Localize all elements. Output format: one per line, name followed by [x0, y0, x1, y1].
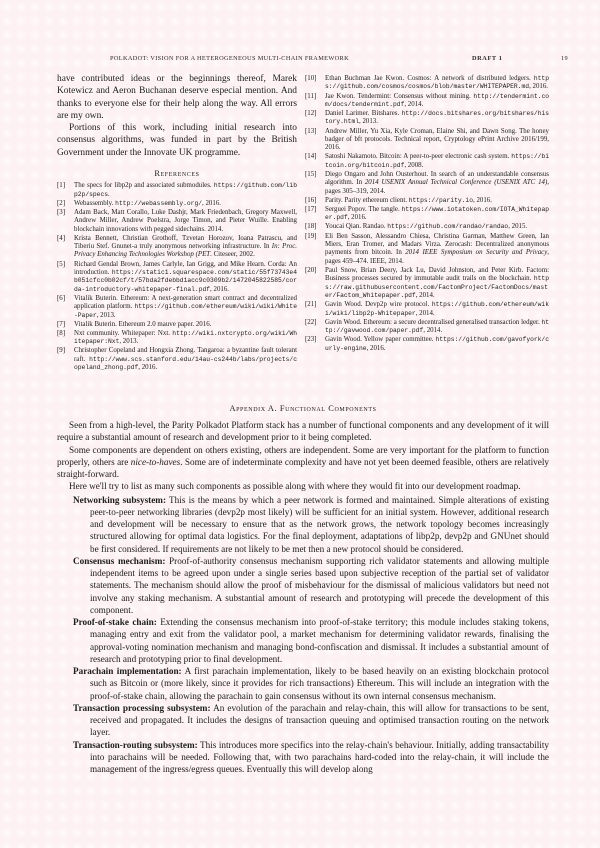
reference-item: [16]Parity. Parity ethereum client. http…: [305, 197, 549, 205]
component-consensus: Consensus mechanism: Proof-of-authority …: [57, 555, 549, 616]
reference-item: [15]Diego Ongaro and John Ousterhout. In…: [305, 171, 549, 196]
reference-link[interactable]: https://parity.io: [409, 197, 473, 204]
acknowledgements-paragraph-2: Portions of this work, including initial…: [57, 122, 297, 159]
acknowledgements-paragraph-1: have contributed ideas or the beginnings…: [57, 73, 297, 122]
reference-item: [18]Youcai Qian. Randao. https://github.…: [305, 223, 549, 231]
component-proof-of-stake: Proof-of-stake chain: Extending the cons…: [57, 616, 549, 665]
appendix-section: Appendix A. Functional Components Seen f…: [57, 404, 549, 775]
reference-item: [10]Ethan Buchman Jae Kwon. Cosmos: A ne…: [305, 75, 549, 92]
emphasis-text: nice-to-haves: [131, 457, 181, 467]
reference-item: [6]Vitalik Buterin. Ethereum: A next-gen…: [57, 295, 297, 320]
reference-list-left: [1]The specs for libp2p and associated s…: [57, 182, 297, 373]
draft-label: DRAFT 1: [472, 55, 503, 62]
reference-item: [22]Gavin Wood. Ethereum: a secure decen…: [305, 319, 549, 336]
appendix-intro-1: Seen from a high-level, the Parity Polka…: [57, 419, 549, 444]
component-networking: Networking subsystem: This is the means …: [57, 494, 549, 555]
reference-item: [13]Andrew Miller, Yu Xia, Kyle Croman, …: [305, 128, 549, 153]
reference-item: [4]Krista Bennett, Christian Grothoff, T…: [57, 235, 297, 260]
left-column: have contributed ideas or the beginnings…: [57, 73, 297, 373]
reference-item: [9]Christopher Copeland and Hongxia Zhon…: [57, 347, 297, 372]
reference-item: [19]Eli Ben Sasson, Alessandro Chiesa, C…: [305, 233, 549, 267]
component-transaction-processing: Transaction processing subsystem: An evo…: [57, 702, 549, 739]
reference-item: [23]Gavin Wood. Yellow paper committee. …: [305, 336, 549, 353]
appendix-heading: Appendix A. Functional Components: [57, 404, 549, 413]
reference-list-right: [10]Ethan Buchman Jae Kwon. Cosmos: A ne…: [305, 75, 549, 354]
reference-item: [2]Webassembly. http://webassembly.org/,…: [57, 200, 297, 208]
component-parachain: Parachain implementation: A first parach…: [57, 665, 549, 702]
reference-item: [12]Daniel Larimer. Bitshares. http://do…: [305, 110, 549, 127]
reference-item: [3]Adam Back, Matt Corallo, Luke Dashjr,…: [57, 209, 297, 234]
page-number: 19: [561, 55, 568, 62]
appendix-intro-2: Some components are dependent on others …: [57, 444, 549, 481]
reference-item: [5]Richard Gendal Brown, James Carlyle, …: [57, 261, 297, 295]
reference-item: [7]Vitalik Buterin. Ethereum 2.0 mauve p…: [57, 321, 297, 329]
reference-link[interactable]: http://webassembly.org/: [115, 200, 202, 207]
appendix-intro-3: Here we'll try to list as many such comp…: [57, 480, 549, 492]
reference-item: [8]Nxt community. Whitepaper: Nxt. http:…: [57, 330, 297, 347]
reference-link[interactable]: http://www.scs.stanford.edu/14au-cs244b/…: [74, 356, 297, 371]
reference-item: [21]Gavin Wood. Devp2p wire protocol. ht…: [305, 301, 549, 318]
reference-link[interactable]: https://github.com/randao/randao: [387, 223, 508, 230]
component-list: Networking subsystem: This is the means …: [57, 494, 549, 776]
running-title: POLKADOT: VISION FOR A HETEROGENEOUS MUL…: [110, 55, 349, 62]
reference-item: [17]Serguei Popov. The tangle. https://w…: [305, 206, 549, 223]
paper-page: POLKADOT: VISION FOR A HETEROGENEOUS MUL…: [0, 0, 600, 848]
reference-item: [20]Paul Snow, Brian Deery, Jack Lu, Dav…: [305, 267, 549, 301]
component-transaction-routing: Transaction-routing subsystem: This intr…: [57, 739, 549, 776]
reference-item: [1]The specs for libp2p and associated s…: [57, 182, 297, 199]
reference-item: [11]Jae Kwon. Tendermint: Consensus with…: [305, 93, 549, 110]
reference-item: [14]Satoshi Nakamoto. Bitcoin: A peer-to…: [305, 153, 549, 170]
references-heading: References: [57, 169, 297, 178]
running-header: POLKADOT: VISION FOR A HETEROGENEOUS MUL…: [110, 55, 568, 65]
